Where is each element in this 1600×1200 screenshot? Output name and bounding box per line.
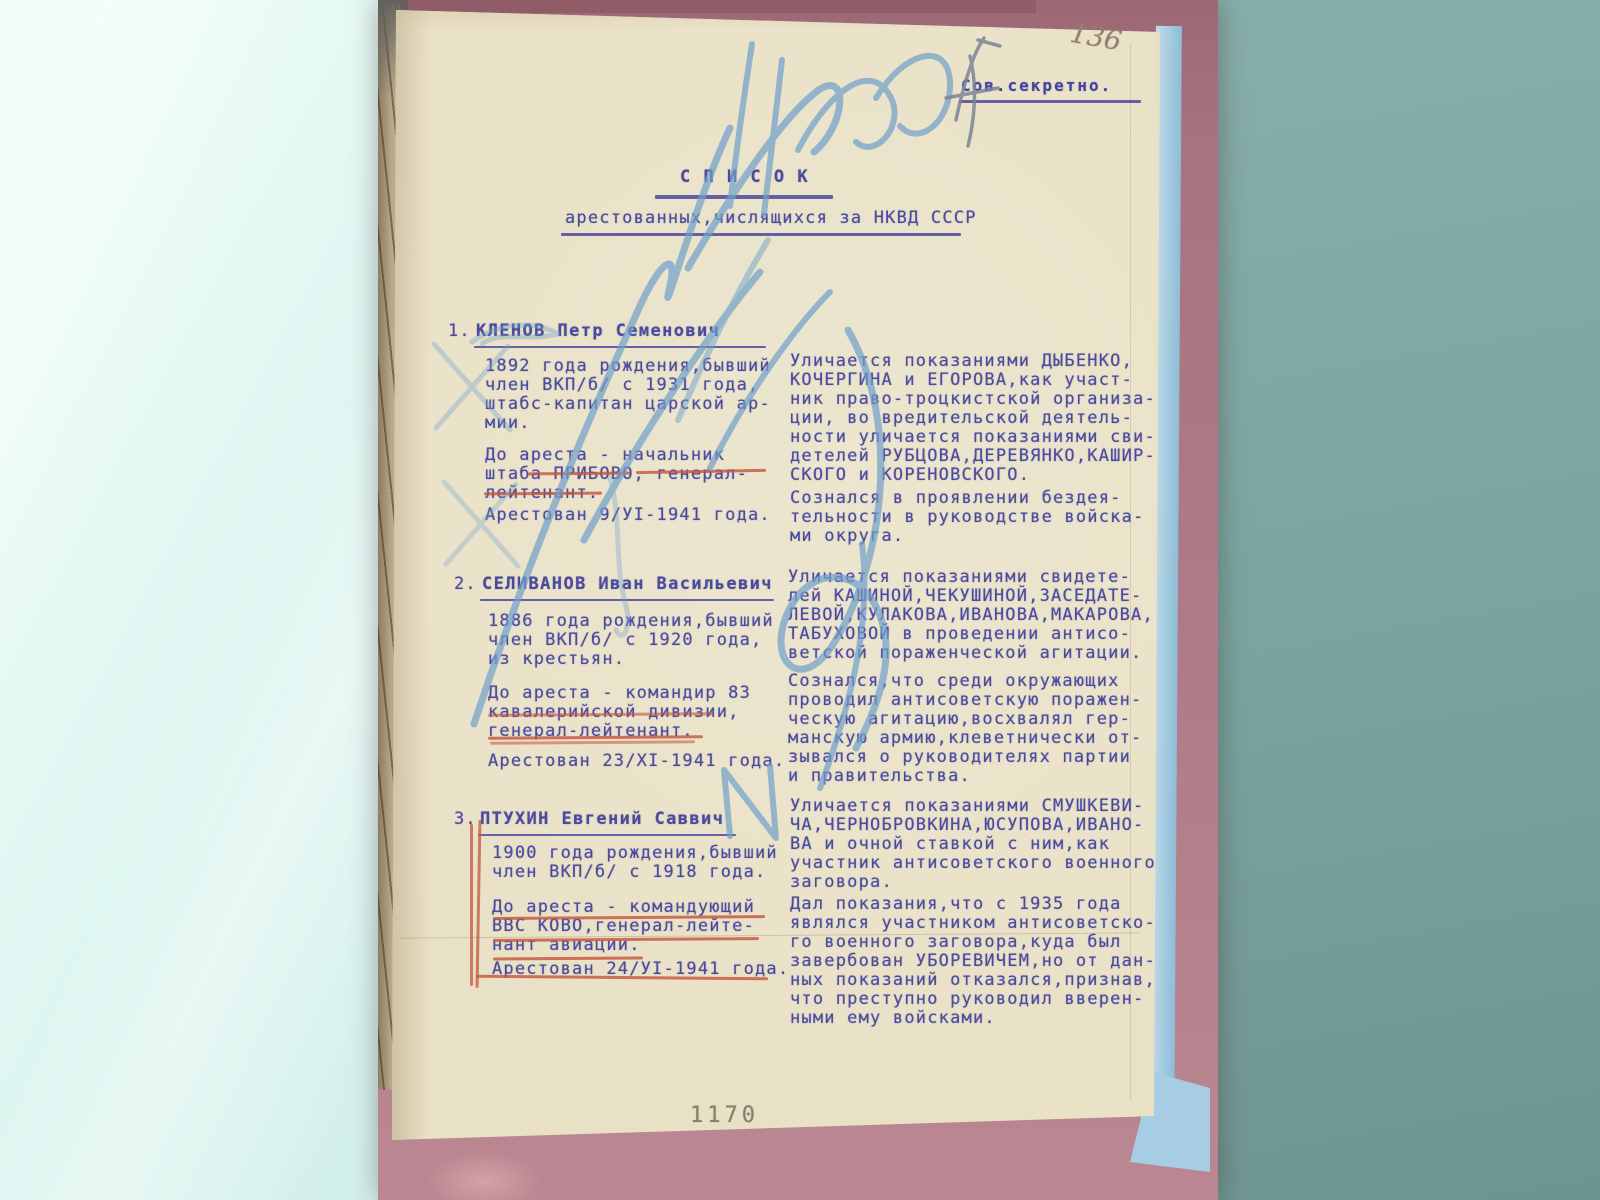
entry-name-underline bbox=[478, 834, 736, 836]
secrecy-stamp-underline bbox=[959, 100, 1141, 103]
entry-bio: 1900 года рождения,бывший член ВКП/б/ с … bbox=[492, 844, 778, 882]
entry-bio: 1886 года рождения,бывший член ВКП/б/ с … bbox=[488, 612, 774, 669]
entry-number: 2. bbox=[454, 575, 477, 594]
entry-name: КЛЕНОВ Петр Семенович bbox=[476, 322, 720, 341]
entry-evidence: Уличается показаниями СМУШКЕВИ- ЧА,ЧЕРНО… bbox=[790, 797, 1156, 892]
subtitle-underline bbox=[561, 233, 961, 236]
entry-bio: 1892 года рождения,бывший член ВКП/б/ с … bbox=[485, 357, 771, 433]
entry-arrest-date: Арестован 23/ХI-1941 года. bbox=[488, 752, 785, 771]
typed-page-number: 1170 bbox=[690, 1106, 759, 1125]
secrecy-stamp: Сов.секретно. bbox=[961, 76, 1112, 95]
presentation-slide: 136 Сов.секретно. С П И С О К арестованн… bbox=[0, 0, 1600, 1200]
entry-arrest-date: Арестован 9/УI-1941 года. bbox=[485, 506, 771, 525]
entry-name-underline bbox=[480, 599, 774, 601]
holding-finger bbox=[424, 1138, 544, 1200]
entry-confession: Сознался в проявлении бездея- тельности … bbox=[790, 489, 1144, 546]
entry-number: 1. bbox=[448, 322, 471, 341]
mat-top-shadow bbox=[396, 0, 1036, 13]
entry-name: СЕЛИВАНОВ Иван Васильевич bbox=[482, 575, 773, 594]
title-underline bbox=[655, 195, 833, 199]
entry-evidence: Уличается показаниями ДЫБЕНКО, КОЧЕРГИНА… bbox=[790, 352, 1156, 485]
entry-evidence: Уличается показаниями свидете- лей КАШИН… bbox=[788, 568, 1154, 663]
page-subtitle: арестованных,числящихся за НКВД СССР bbox=[565, 209, 977, 228]
red-margin-line-1 bbox=[470, 824, 473, 986]
entry-confession: Дал показания,что с 1935 года являлся уч… bbox=[790, 895, 1156, 1028]
entry-name-underline bbox=[474, 346, 766, 348]
entry-name: ПТУХИН Евгений Саввич bbox=[480, 810, 724, 829]
document-photo: 136 Сов.секретно. С П И С О К арестованн… bbox=[378, 0, 1218, 1200]
entry-service: До ареста - командующий ВВС КОВО,генерал… bbox=[492, 898, 755, 955]
page-title: С П И С О К bbox=[680, 168, 809, 187]
background-right-panel bbox=[1218, 0, 1600, 1200]
entry-number: 3. bbox=[454, 810, 477, 829]
entry-confession: Сознался,что среди окружающих проводил а… bbox=[788, 672, 1142, 786]
